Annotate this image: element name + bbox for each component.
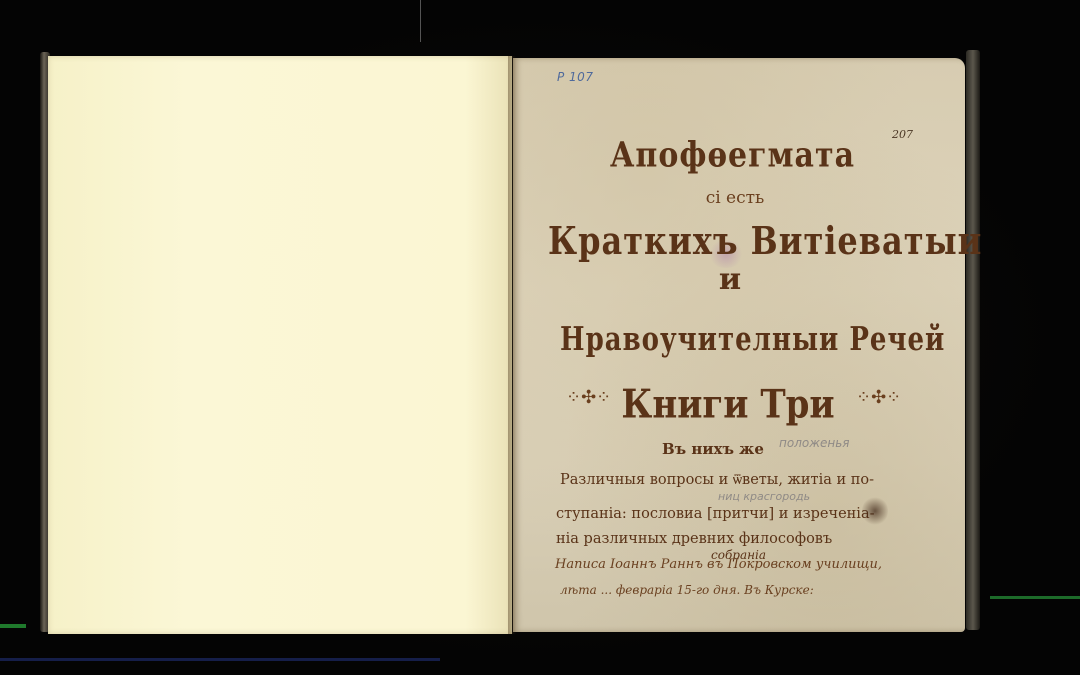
scan-color-bar [0, 658, 440, 661]
pencil-note: ниц красгородь [718, 490, 810, 503]
shelfmark: P 107 [557, 70, 593, 84]
book-cover-right-edge [966, 50, 980, 630]
body-line: ступаніа: пословиа [притчи] и изреченіа- [556, 506, 875, 522]
body-line: Различныя вопросы и ѿветы, житіа и по- [560, 472, 874, 489]
gutter-shadow [508, 56, 516, 634]
body-line: ніа различных древних философовъ [556, 531, 832, 547]
title-line-knigi-tri: Книги Три [598, 382, 858, 428]
title-line-i: и [700, 262, 760, 297]
pencil-note: положенья [779, 436, 850, 450]
scan-artifact-line [420, 0, 421, 42]
title-line-kratkikh: Краткихъ Витіеватыи [548, 218, 928, 264]
folio-number: 207 [892, 128, 913, 141]
ink-blot [862, 496, 888, 526]
subtitle: Въ нихъ же [662, 440, 764, 458]
title-line-apophthegmata: Апофѳегмата [590, 135, 875, 175]
colophon-line: Написа Іоаннъ Раннъ въ Покровском училищ… [555, 557, 882, 572]
colophon-line: лѣта ... февраріа 15-го дня. Въ Курске: [560, 583, 814, 597]
scan-color-bar [0, 624, 26, 628]
title-line-si-est: сі есть [680, 188, 790, 208]
floral-ornament-icon: ⁘✣⁘ [856, 387, 901, 408]
title-line-nravouchitelnyi: Нравоучителныи Речей [560, 321, 940, 359]
scan-color-bar [990, 596, 1080, 599]
blank-left-page [48, 56, 512, 634]
